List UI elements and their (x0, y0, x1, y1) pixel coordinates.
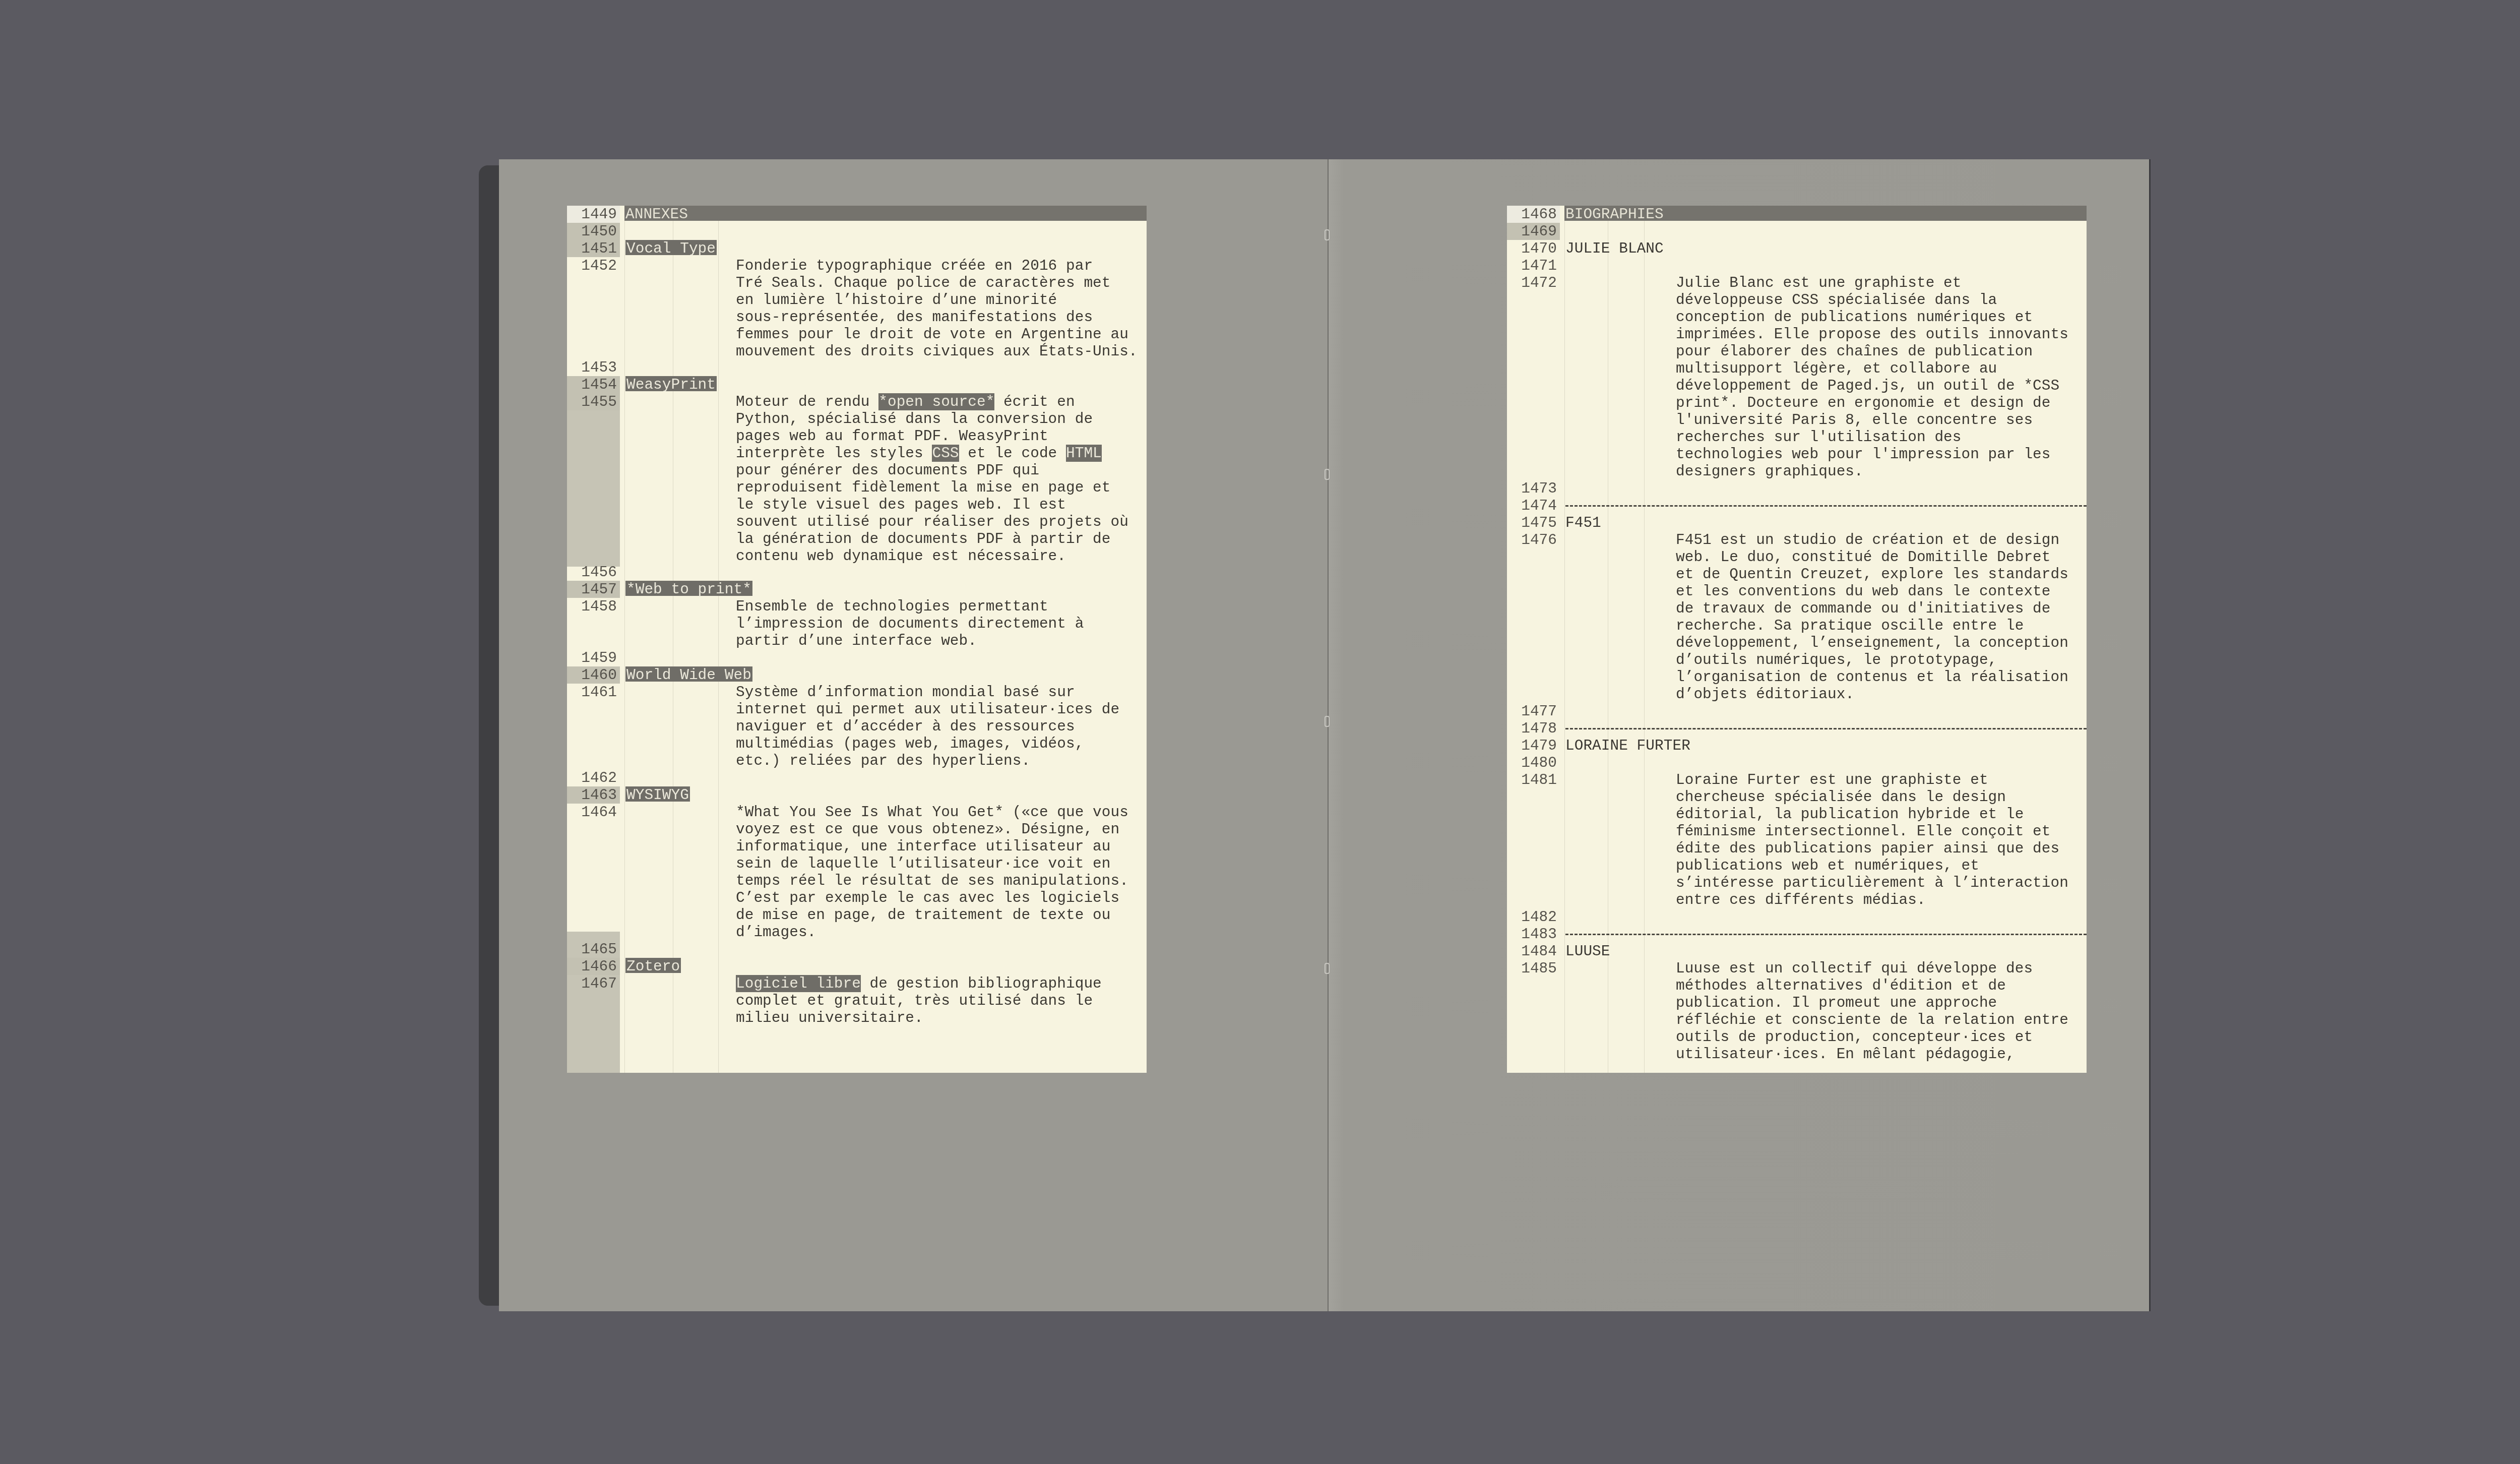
bio-text: Loraine Furter est une graphiste et cher… (1676, 771, 2085, 908)
glossary-term: Zotero (625, 958, 681, 973)
glossary-term-row: 1466 Zotero (567, 958, 1147, 975)
glossary-term-row: 1454 WeasyPrint (567, 376, 1147, 393)
binding-stitch (1325, 716, 1330, 727)
section-title: BIOGRAPHIES (1565, 206, 1664, 223)
bio-name: LUUSE (1565, 943, 1610, 960)
glossary-term: Vocal Type (625, 240, 717, 255)
glossary-term: World Wide Web (625, 666, 752, 682)
separator-row: 1478 (1507, 720, 2087, 737)
bio-name-row: 1479 LORAINE FURTER (1507, 737, 2087, 754)
glossary-definition: Fonderie typographique créée en 2016 par… (736, 257, 1145, 360)
glossary-term-row: 1457 *Web to print* (567, 581, 1147, 598)
highlight-mark: Logiciel libre (736, 975, 861, 992)
separator-row: 1483 (1507, 926, 2087, 943)
dashed-divider (1565, 728, 2087, 729)
glossary-term-row: 1463 WYSIWYG (567, 786, 1147, 804)
highlight-mark: HTML (1066, 445, 1102, 462)
dashed-divider (1565, 505, 2087, 507)
bio-name: LORAINE FURTER (1565, 737, 1690, 754)
section-title: ANNEXES (625, 206, 688, 223)
glossary-term: WYSIWYG (625, 786, 690, 802)
bio-text: Luuse est un collectif qui développe des… (1676, 960, 2085, 1063)
glossary-definition: Ensemble de technologies permettant l’im… (736, 598, 1145, 649)
glossary-definition: *What You See Is What You Get* («ce que … (736, 804, 1145, 941)
glossary-definition: Moteur de rendu *open source* écrit en P… (736, 393, 1145, 565)
glossary-term: WeasyPrint (625, 376, 717, 391)
section-header-row: 1449 ANNEXES (567, 206, 1147, 223)
glossary-definition: Système d’information mondial basé sur i… (736, 684, 1145, 769)
bio-text: F451 est un studio de création et de des… (1676, 531, 2085, 703)
glossary-term-row: 1460 World Wide Web (567, 666, 1147, 684)
highlight-mark: CSS (932, 445, 959, 462)
bio-text: Julie Blanc est une graphiste et dévelop… (1676, 274, 2085, 480)
section-header-row: 1468 BIOGRAPHIES (1507, 206, 2087, 223)
separator-row: 1474 (1507, 497, 2087, 514)
glossary-term: *Web to print* (625, 581, 752, 596)
binding-stitch (1325, 229, 1330, 240)
biographies-panel: 1468 BIOGRAPHIES 1469 1470 JULIE BLANC 1… (1507, 206, 2087, 1073)
highlight-mark: *open source* (878, 393, 994, 410)
bio-name-row: 1475 F451 (1507, 514, 2087, 531)
dashed-divider (1565, 934, 2087, 935)
binding-stitch (1325, 469, 1330, 480)
annexes-panel: 1449 ANNEXES 1450 1451 Vocal Type 1452 F… (567, 206, 1147, 1073)
glossary-definition: Logiciel libre de gestion bibliographiqu… (736, 975, 1145, 1026)
glossary-term-row: 1451 Vocal Type (567, 240, 1147, 257)
bio-name-row: 1470 JULIE BLANC (1507, 240, 2087, 257)
bio-name-row: 1484 LUUSE (1507, 943, 2087, 960)
bio-name: F451 (1565, 514, 1601, 531)
binding-stitch (1325, 963, 1330, 974)
bio-name: JULIE BLANC (1565, 240, 1664, 257)
